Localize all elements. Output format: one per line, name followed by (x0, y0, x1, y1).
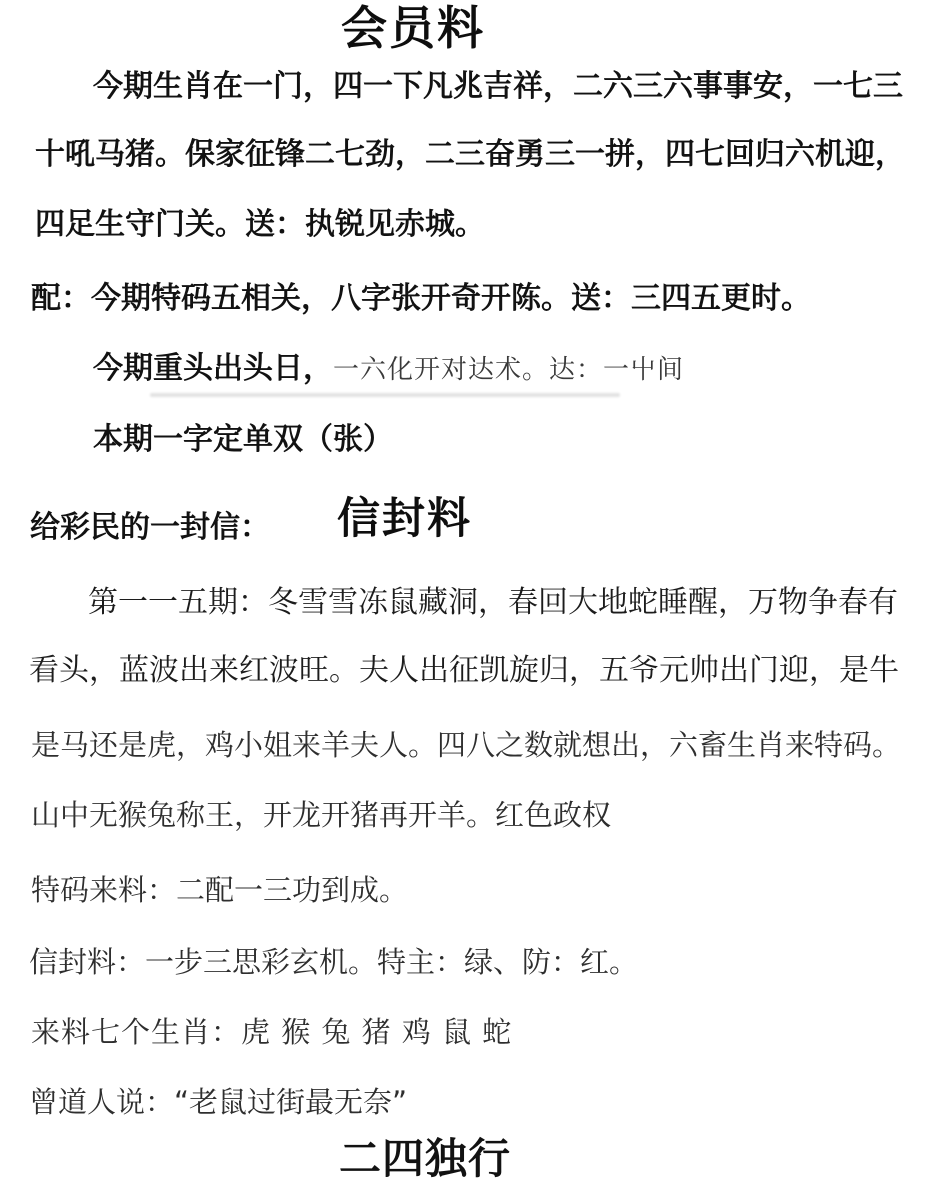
zengdaoren-quote-line: 曾道人说：“老鼠过街最无奈” (29, 1088, 407, 1117)
zhongtou-line-main: 今期重头出头日， (93, 351, 333, 386)
zodiac-line: 来料七个生肖：虎 猴 兔 猪 鸡 鼠 蛇 (31, 1018, 512, 1047)
envelope-paragraph-line-2: 看头，蓝波出来红波旺。夫人出征凯旋归，五爷元帅出门迎，是牛 (29, 656, 899, 686)
zhongtou-line-faded: 一六化开对达术。达：一屮间 (333, 355, 684, 385)
envelope-paragraph-line-4: 山中无猴兔称王，开龙开猪再开羊。红色政权 (31, 801, 611, 830)
envelope-paragraph-line-1: 第一一五期：冬雪雪冻鼠藏洞，春回大地蛇睡醒，万物争春有 (88, 588, 898, 618)
letter-intro-label: 给彩民的一封信： (30, 513, 270, 543)
envelope-paragraph-line-3: 是马还是虎，鸡小姐来羊夫人。四八之数就想出，六畜生肖来特码。 (31, 731, 901, 760)
member-paragraph-line-3: 四足生守门关。送：执锐见赤城。 (35, 210, 485, 240)
footer-slogan: 二四独行 (339, 1138, 511, 1180)
envelope-material-title: 信封料 (337, 498, 472, 541)
scanned-lottery-tips-sheet: 会员料 今期生肖在一门，四一下凡兆吉祥，二六三六事事安，一七三 十吼马猪。保家征… (0, 0, 933, 1199)
danshuang-line: 本期一字定单双（张） (93, 425, 393, 455)
scan-smudge-artifact (150, 393, 620, 397)
member-paragraph-line-1: 今期生肖在一门，四一下凡兆吉祥，二六三六事事安，一七三 (93, 72, 903, 102)
member-paragraph-line-2: 十吼马猪。保家征锋二七劲，二三奋勇三一拼，四七回归六机迎， (35, 140, 905, 170)
xinfeng-line: 信封料：一步三思彩玄机。特主：绿、防：红。 (29, 948, 638, 977)
zhongtou-line: 今期重头出头日，一六化开对达术。达：一屮间 (93, 354, 684, 384)
pei-line: 配：今期特码五相关，八字张开奇开陈。送：三四五更时。 (31, 284, 811, 314)
tema-line: 特码来料：二配一三功到成。 (31, 876, 408, 905)
member-material-title: 会员料 (341, 5, 485, 51)
